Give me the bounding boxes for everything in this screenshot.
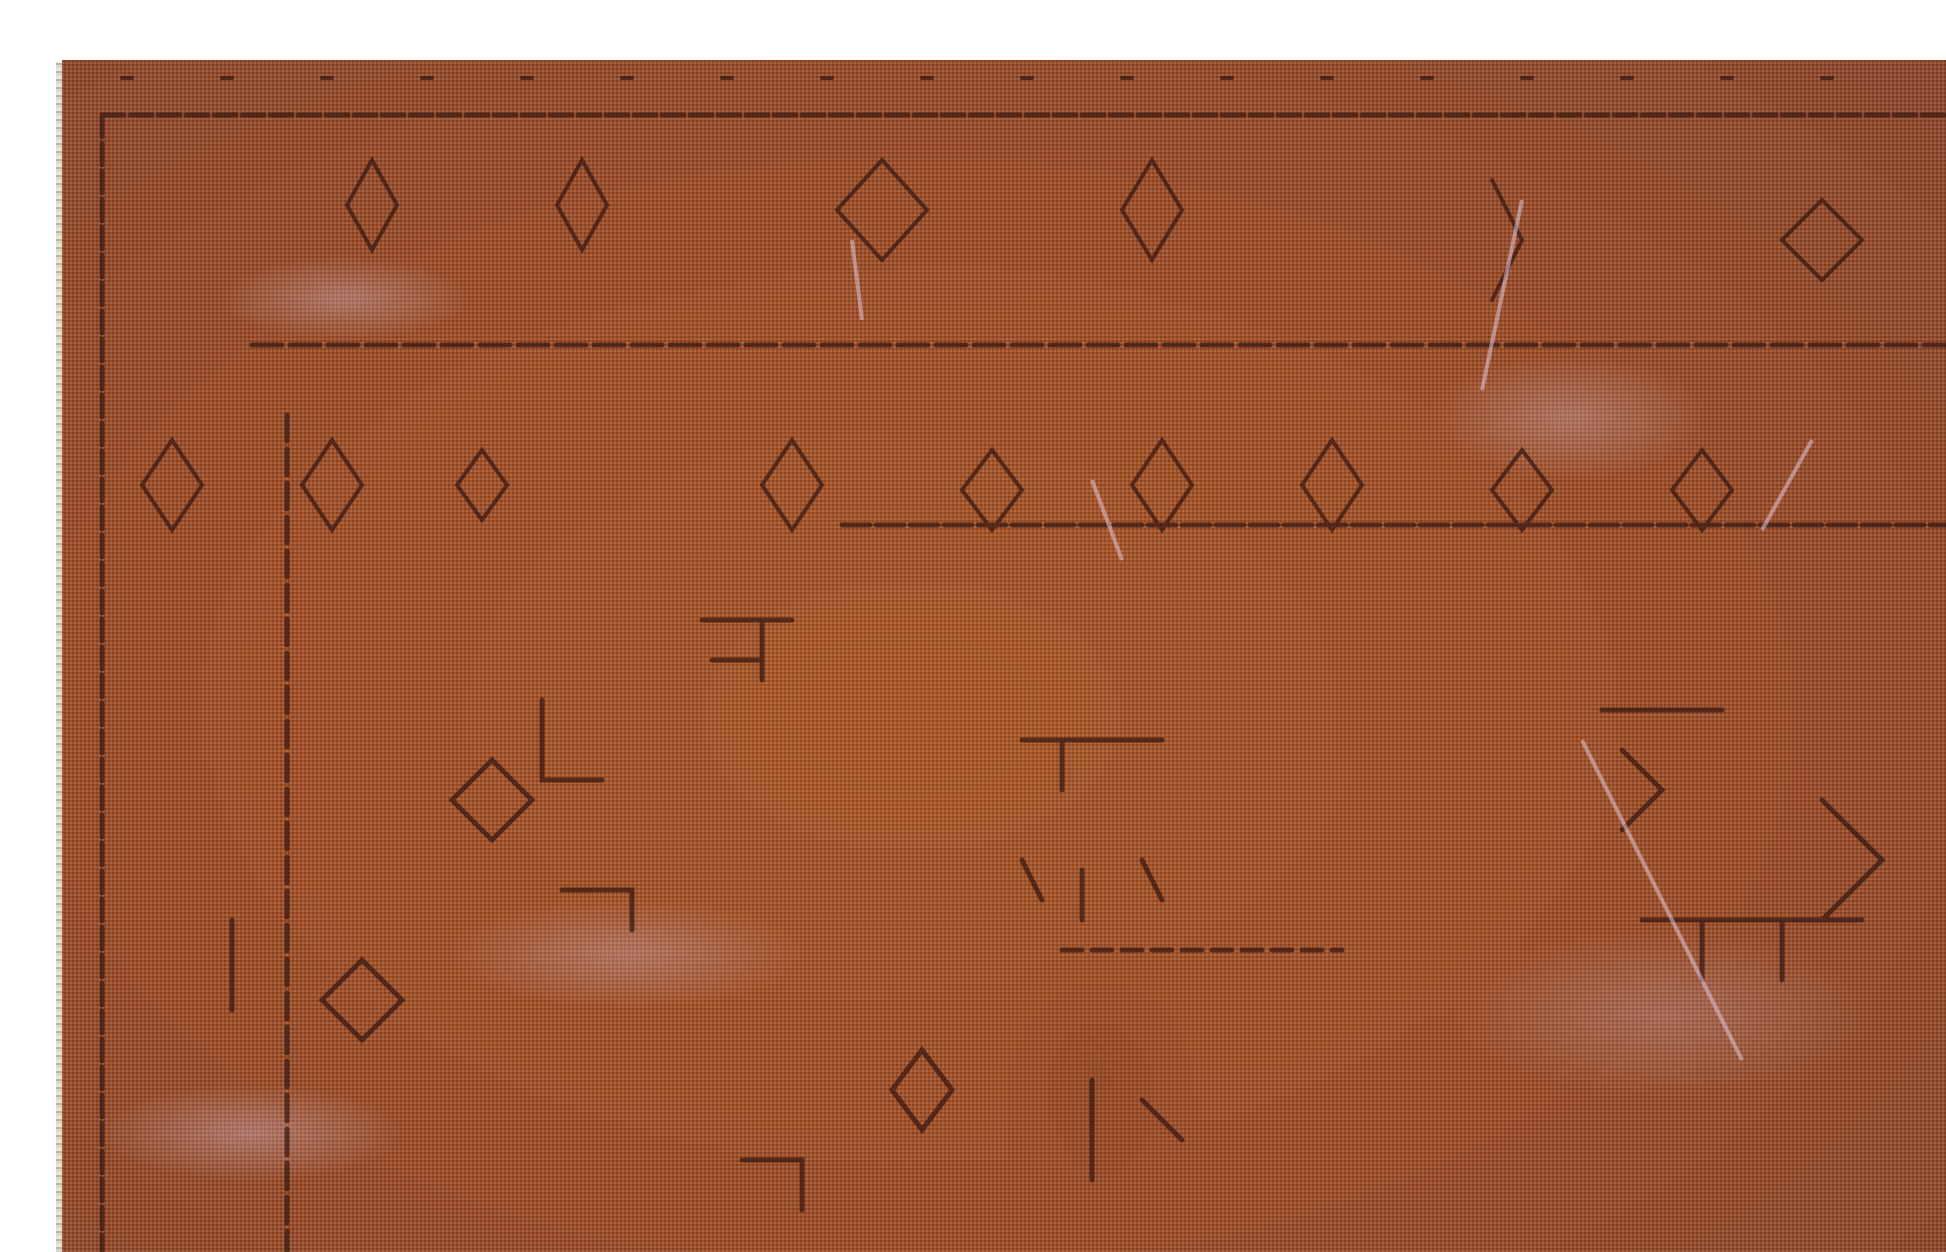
rug-photo bbox=[62, 60, 1946, 1252]
rug-motifs bbox=[62, 60, 1946, 1252]
